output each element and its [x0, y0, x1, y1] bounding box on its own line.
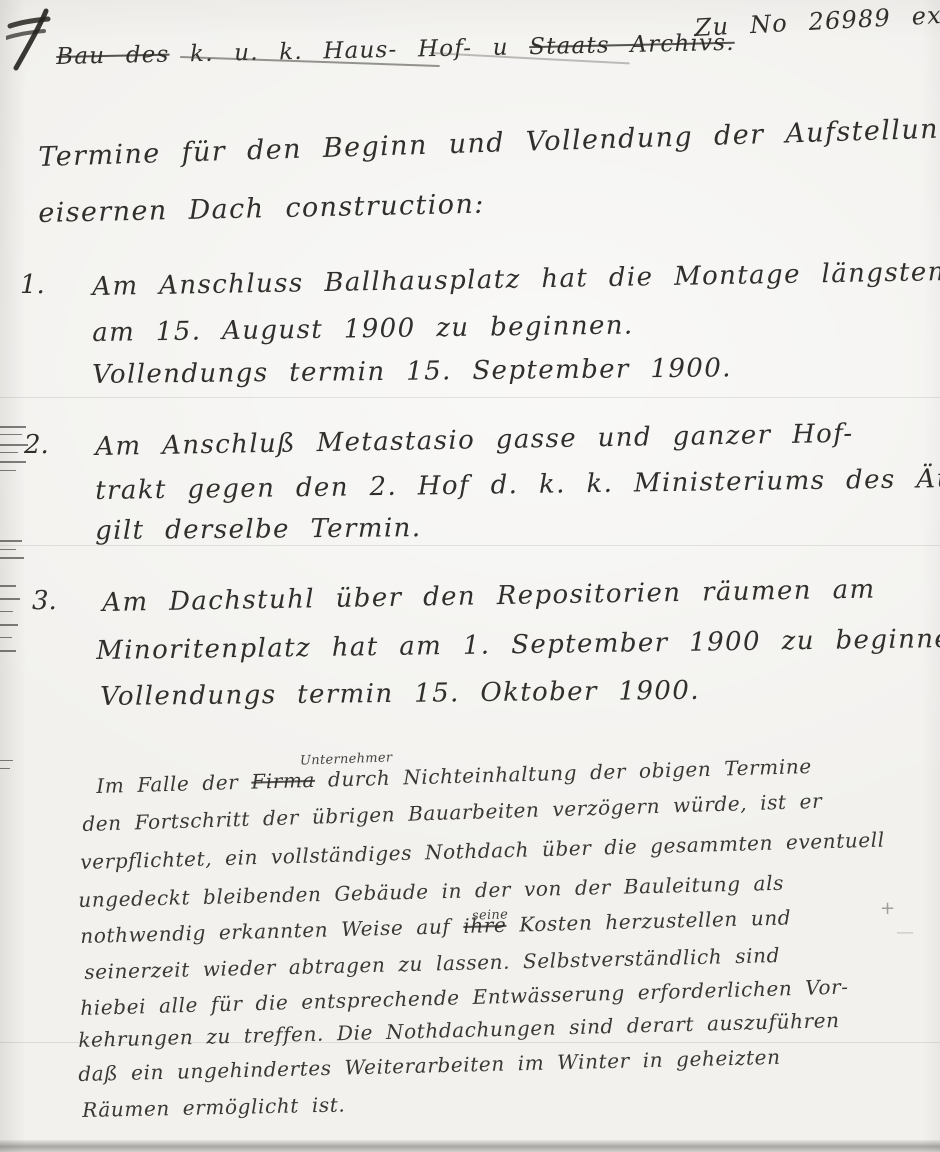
paragraph-line-10: Räumen ermöglicht ist. [82, 1092, 346, 1122]
item-1-number: 1. [20, 270, 45, 300]
scan-streak [0, 461, 26, 463]
paragraph-text: Kosten herzustellen und [519, 905, 791, 936]
scan-streak [0, 1042, 940, 1043]
scan-streak [0, 540, 22, 542]
scan-streak [0, 624, 18, 626]
item-2-line-3: gilt derselbe Termin. [95, 513, 422, 546]
scan-streak [0, 760, 13, 761]
title-line-2: eisernen Dach construction: [38, 189, 485, 229]
paragraph-line-3: verpflichtet, ein vollständiges Nothdach… [80, 828, 885, 874]
paragraph-struck-word: Firma [251, 768, 315, 794]
scan-streak [0, 650, 16, 652]
paragraph-line-2: den Fortschritt der übrigen Bauarbeiten … [82, 789, 823, 836]
paragraph-line-1: Im Falle der Firma durch Nichteinhaltung… [96, 754, 812, 798]
scan-streak [0, 444, 28, 446]
scan-streak [0, 611, 13, 612]
scan-streak [0, 768, 10, 769]
item-2-line-1: Am Anschluß Metastasio gasse und ganzer … [95, 419, 854, 462]
paragraph-line-4: ungedeckt bleibenden Gebäude in der von … [78, 871, 784, 912]
title-line-1: Termine für den Beginn und Vollendung de… [38, 111, 940, 173]
scan-streak [0, 585, 16, 587]
paragraph-struck-word: ihre [463, 913, 507, 938]
scanned-handwritten-document: { "colors": { "ink": "#312f2b", "paper":… [0, 0, 940, 1152]
scan-streak [0, 545, 940, 546]
item-3-number: 3. [32, 586, 57, 616]
item-1-line-1: Am Anschluss Ballhausplatz hat die Monta… [92, 257, 940, 302]
heading-struck-segment: Staats Archivs. [529, 30, 735, 60]
scan-streak [0, 549, 16, 550]
scan-streak [0, 397, 940, 398]
margin-plus-mark: + [880, 898, 895, 919]
scan-streak [0, 598, 20, 600]
item-1-line-3: Vollendungs termin 15. September 1900. [92, 353, 732, 390]
paragraph-text: nothwendig erkannten Weise auf [80, 914, 451, 948]
item-3-line-2: Minoritenplatz hat am 1. September 1900 … [96, 624, 940, 666]
paragraph-line-5: nothwendig erkannten Weise auf ihre Kost… [80, 905, 791, 948]
bottom-scan-edge [0, 1140, 940, 1152]
paragraph-text: Im Falle der [96, 770, 239, 798]
item-2-line-2: trakt gegen den 2. Hof d. k. k. Minister… [95, 463, 940, 506]
item-3-line-1: Am Dachstuhl über den Repositorien räume… [102, 575, 876, 618]
paragraph-text: durch Nichteinhaltung der obigen Termine [328, 754, 812, 792]
scan-streak [0, 426, 26, 428]
scan-streak [0, 434, 22, 435]
scan-streak [0, 557, 24, 559]
item-1-line-2: am 15. August 1900 zu beginnen. [92, 310, 634, 348]
margin-plus-mark: — [896, 922, 914, 943]
scan-streak [0, 637, 12, 638]
scan-streak [0, 470, 16, 471]
paragraph-line-6: seinerzeit wieder abtragen zu lassen. Se… [84, 943, 780, 984]
heading-segment: Hof- u [418, 35, 509, 63]
heading-struck-segment: Bau des [56, 42, 170, 70]
paragraph-line-9: daß ein ungehindertes Weiterarbeiten im … [78, 1045, 781, 1086]
item-3-line-3: Vollendungs termin 15. Oktober 1900. [100, 676, 700, 712]
scan-streak [0, 452, 18, 453]
